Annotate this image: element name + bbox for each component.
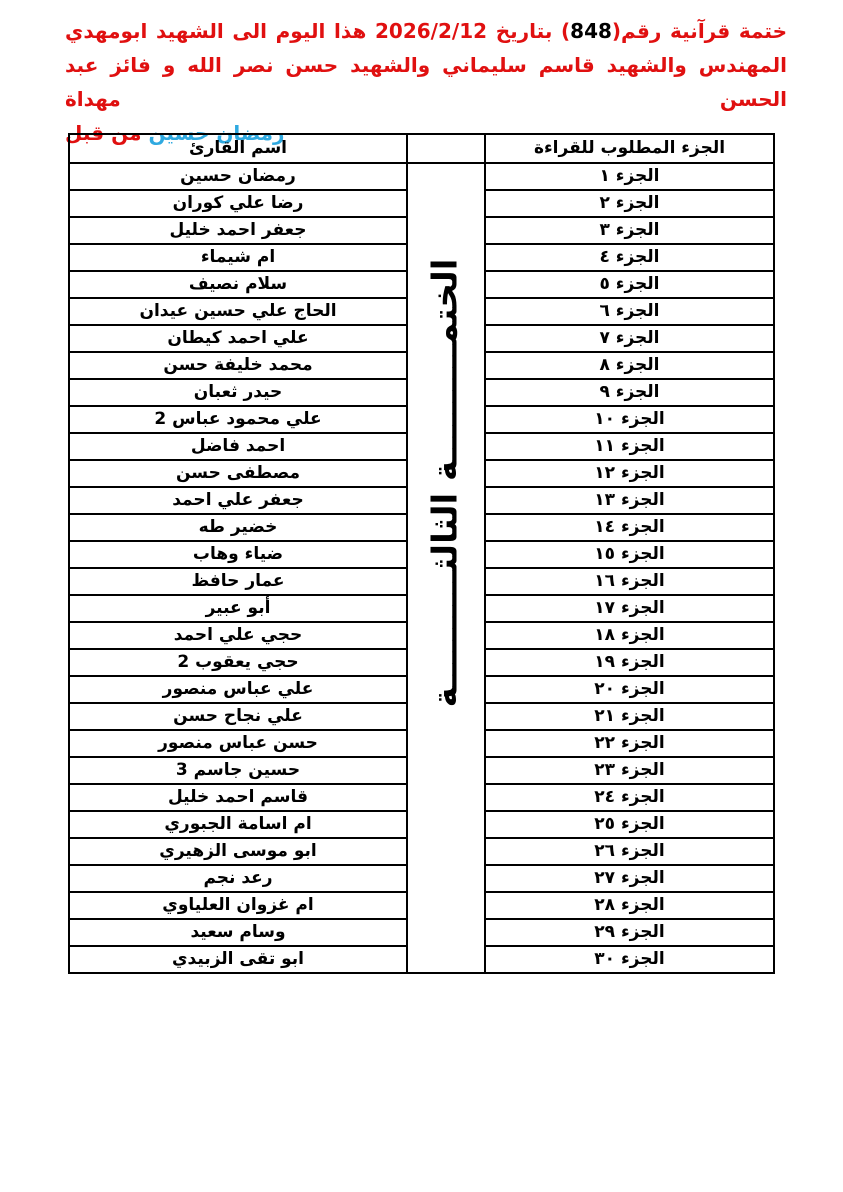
juz-cell: الجزء ٩	[485, 379, 774, 406]
reader-name-cell: ام غزوان العلياوي	[69, 892, 407, 919]
header-line-2: المهندس والشهيد قاسم سليماني والشهيد حسن…	[65, 48, 787, 116]
juz-cell: الجزء ٢٦	[485, 838, 774, 865]
reader-name-cell: عمار حافظ	[69, 568, 407, 595]
reader-name-cell: وسام سعيد	[69, 919, 407, 946]
reader-name-cell: حسين جاسم 3	[69, 757, 407, 784]
juz-cell: الجزء ٢٤	[485, 784, 774, 811]
juz-cell: الجزء ٢٧	[485, 865, 774, 892]
juz-cell: الجزء ١٢	[485, 460, 774, 487]
reader-name-cell: ابو تقى الزبيدي	[69, 946, 407, 973]
juz-cell: الجزء ١٣	[485, 487, 774, 514]
reader-name-cell: رمضان حسين	[69, 163, 407, 190]
khatma-label-cell: الختمــــــــــة الثالثــــــــــة	[407, 163, 485, 973]
juz-cell: الجزء ١٠	[485, 406, 774, 433]
reader-name-cell: سلام نصيف	[69, 271, 407, 298]
document-page: ختمة قرآنية رقم(848) بتاريخ 2026/2/12 هذ…	[0, 0, 843, 1192]
reader-name-cell: الحاج علي حسين عيدان	[69, 298, 407, 325]
juz-cell: الجزء ١٨	[485, 622, 774, 649]
juz-cell: الجزء ٢٥	[485, 811, 774, 838]
reader-name-cell: ضياء وهاب	[69, 541, 407, 568]
juz-cell: الجزء ٨	[485, 352, 774, 379]
juz-cell: الجزء ٢٢	[485, 730, 774, 757]
juz-cell: الجزء ٣	[485, 217, 774, 244]
juz-cell: الجزء ١٤	[485, 514, 774, 541]
juz-cell: الجزء ١٩	[485, 649, 774, 676]
juz-cell: الجزء ٦	[485, 298, 774, 325]
reader-name-cell: رعد نجم	[69, 865, 407, 892]
column-header-juz: الجزء المطلوب للقراءة	[485, 134, 774, 163]
reader-name-cell: حجي يعقوب 2	[69, 649, 407, 676]
reader-name-cell: علي نجاح حسن	[69, 703, 407, 730]
juz-cell: الجزء ٧	[485, 325, 774, 352]
reader-name-cell: جعفر احمد خليل	[69, 217, 407, 244]
reader-name-cell: ابو موسى الزهيري	[69, 838, 407, 865]
reader-name-cell: قاسم احمد خليل	[69, 784, 407, 811]
juz-cell: الجزء ١	[485, 163, 774, 190]
juz-cell: الجزء ٢	[485, 190, 774, 217]
reader-name-cell: ام اسامة الجبوري	[69, 811, 407, 838]
juz-cell: الجزء ٥	[485, 271, 774, 298]
header-line-1-post: ) بتاريخ 2026/2/12 هذا اليوم الى الشهيد …	[65, 19, 570, 43]
reader-name-cell: خضير طه	[69, 514, 407, 541]
juz-cell: الجزء ١٥	[485, 541, 774, 568]
column-header-reader: اسم القارئ	[69, 134, 407, 163]
reader-name-cell: حسن عباس منصور	[69, 730, 407, 757]
reader-name-cell: حجي علي احمد	[69, 622, 407, 649]
reader-name-cell: علي محمود عباس 2	[69, 406, 407, 433]
juz-cell: الجزء ٢٨	[485, 892, 774, 919]
reader-name-cell: ام شيماء	[69, 244, 407, 271]
juz-cell: الجزء ٤	[485, 244, 774, 271]
header-line-1-pre: ختمة قرآنية رقم(	[612, 19, 787, 43]
juz-cell: الجزء ٢١	[485, 703, 774, 730]
reader-name-cell: حيدر ثعبان	[69, 379, 407, 406]
column-header-middle	[407, 134, 485, 163]
reader-name-cell: محمد خليفة حسن	[69, 352, 407, 379]
juz-cell: الجزء ٢٩	[485, 919, 774, 946]
juz-cell: الجزء ٢٣	[485, 757, 774, 784]
khatma-assignment-table: الجزء المطلوب للقراءة اسم القارئ الجزء ١…	[68, 133, 775, 974]
header-line-1: ختمة قرآنية رقم(848) بتاريخ 2026/2/12 هذ…	[65, 14, 787, 48]
juz-cell: الجزء ١٧	[485, 595, 774, 622]
table-row: الجزء ١ الختمــــــــــة الثالثـــــــــ…	[69, 163, 774, 190]
table-header-row: الجزء المطلوب للقراءة اسم القارئ	[69, 134, 774, 163]
reader-name-cell: علي عباس منصور	[69, 676, 407, 703]
juz-cell: الجزء ١٦	[485, 568, 774, 595]
reader-name-cell: رضا علي كوران	[69, 190, 407, 217]
reader-name-cell: علي احمد كيطان	[69, 325, 407, 352]
juz-cell: الجزء ١١	[485, 433, 774, 460]
reader-name-cell: جعفر علي احمد	[69, 487, 407, 514]
reader-name-cell: مصطفى حسن	[69, 460, 407, 487]
header-paragraph: ختمة قرآنية رقم(848) بتاريخ 2026/2/12 هذ…	[65, 14, 787, 150]
khatma-number: 848	[570, 19, 612, 43]
juz-cell: الجزء ٣٠	[485, 946, 774, 973]
khatma-vertical-label: الختمــــــــــة الثالثــــــــــة	[427, 259, 464, 708]
reader-name-cell: أبو عبير	[69, 595, 407, 622]
juz-cell: الجزء ٢٠	[485, 676, 774, 703]
reader-name-cell: احمد فاضل	[69, 433, 407, 460]
